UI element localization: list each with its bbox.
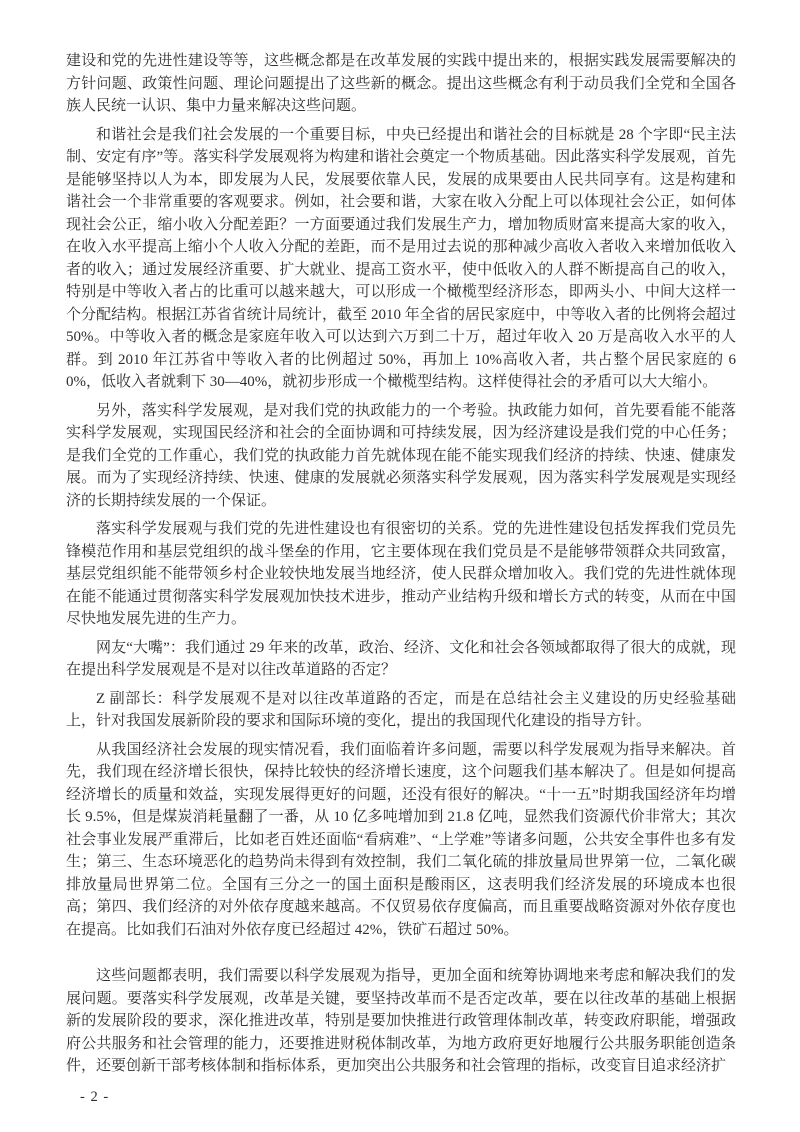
paragraph-harmonious-society: 和谐社会是我们社会发展的一个重要目标，中央已经提出和谐社会的目标就是 28 个字… — [66, 124, 736, 394]
paragraph-vice-minister-answer: Z 副部长：科学发展观不是对以往改革道路的否定，而是在总结社会主义建设的历史经验… — [66, 688, 736, 733]
paragraph-continuation: 建设和党的先进性建设等等，这些概念都是在改革发展的实践中提出来的，根据实践发展需… — [66, 50, 736, 118]
paragraph-current-problems: 从我国经济社会发展的现实情况看，我们面临着许多问题，需要以科学发展观为指导来解决… — [66, 739, 736, 942]
page-number: - 2 - — [80, 1086, 736, 1109]
document-page: 建设和党的先进性建设等等，这些概念都是在改革发展的实践中提出来的，根据实践发展需… — [0, 0, 800, 1132]
paragraph-party-advancement: 落实科学发展观与我们党的先进性建设也有很密切的关系。党的先进性建设包括发挥我们党… — [66, 518, 736, 631]
paragraph-governing-capacity: 另外，落实科学发展观，是对我们党的执政能力的一个考验。执政能力如何，首先要看能不… — [66, 400, 736, 513]
paragraph-netizen-question: 网友“大嘴”：我们通过 29 年来的改革，政治、经济、文化和社会各领域都取得了很… — [66, 637, 736, 682]
paragraph-reform-conclusion: 这些问题都表明，我们需要以科学发展观为指导，更加全面和统筹协调地来考虑和解决我们… — [66, 965, 736, 1078]
